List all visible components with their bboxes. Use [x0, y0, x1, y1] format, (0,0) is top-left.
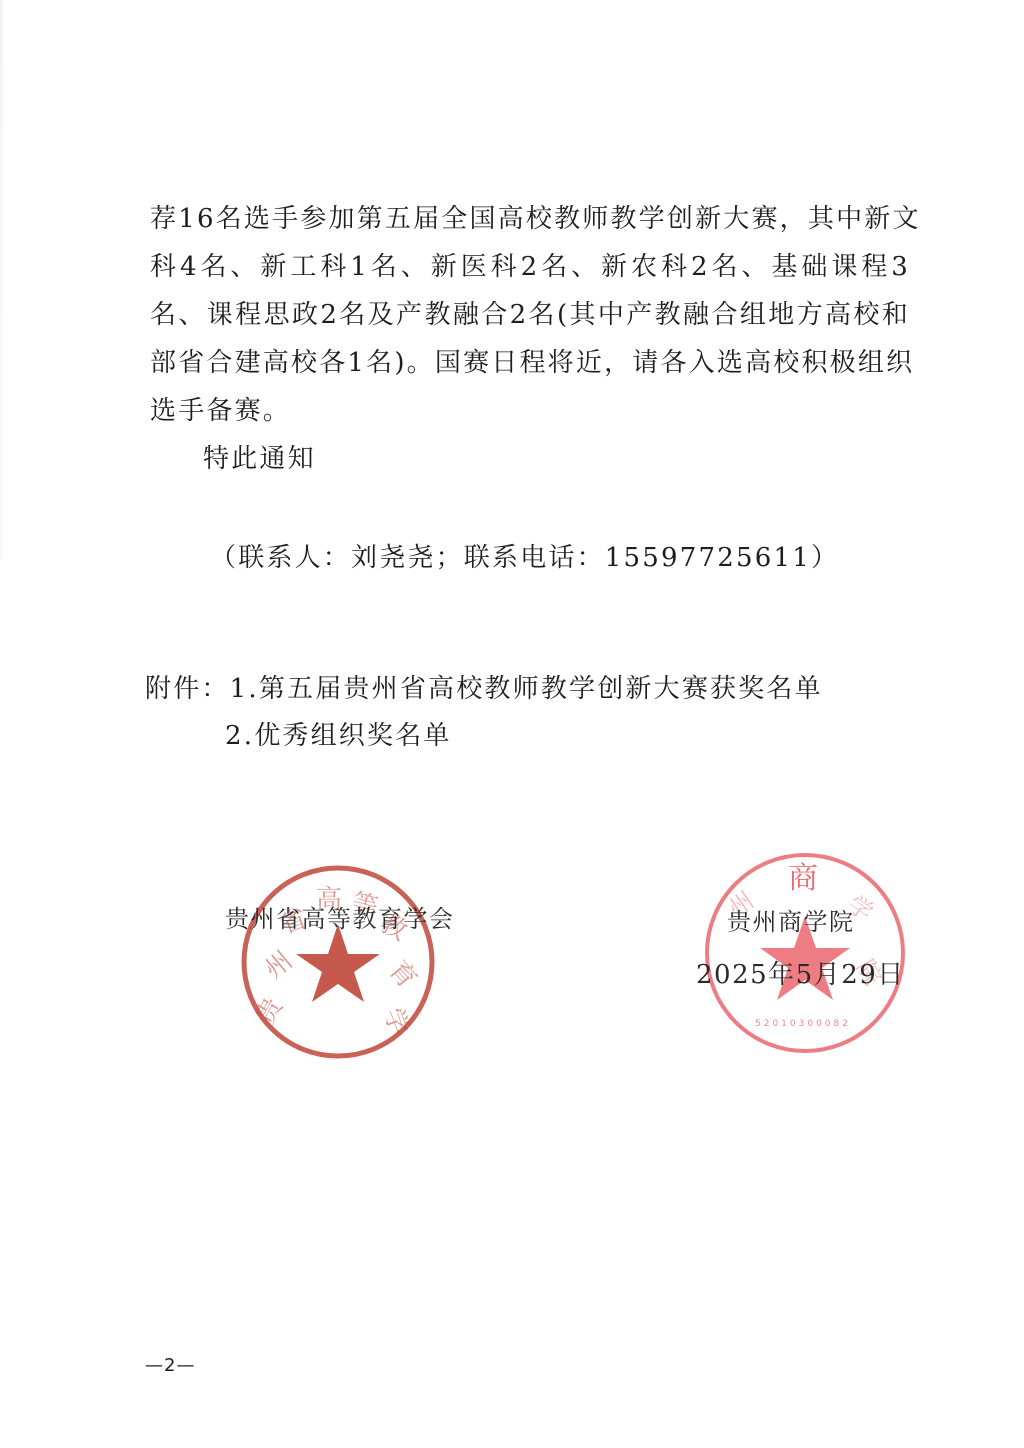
right-official-seal: 商 州 学 院 52010300082 — [700, 848, 910, 1058]
left-official-seal: 贵 州 省 高 等 教 育 学 — [238, 862, 438, 1062]
closing-text: 特此通知 — [203, 446, 316, 472]
page-number: —2— — [145, 1355, 195, 1376]
svg-text:贵: 贵 — [250, 991, 290, 1030]
paragraph-line-3: 名、课程思政2名及产教融合2名(其中产教融合组地方高校和 — [150, 302, 910, 328]
paragraph-line-1: 荐16名选手参加第五届全国高校教师教学创新大赛，其中新文 — [150, 206, 910, 232]
attachments-label: 附件：1.第五届贵州省高校教师教学创新大赛获奖名单 — [145, 676, 823, 702]
seal-star-icon: 贵 州 省 高 等 教 育 学 — [238, 862, 438, 1062]
svg-text:育: 育 — [383, 955, 423, 994]
right-signature-org: 贵州商学院 — [727, 910, 855, 934]
svg-text:商: 商 — [788, 861, 818, 896]
svg-text:州: 州 — [259, 946, 298, 986]
scan-edge — [0, 0, 3, 560]
paragraph-line-4: 部省合建高校各1名)。国赛日程将近，请各入选高校积极组织 — [150, 350, 910, 376]
contact-info: （联系人：刘尧尧；联系电话：15597725611） — [210, 545, 839, 571]
paragraph-line-2: 科4名、新工科1名、新医科2名、新农科2名、基础课程3 — [150, 254, 910, 280]
left-signature-org: 贵州省高等教育学会 — [225, 907, 455, 931]
signature-date: 2025年5月29日 — [696, 962, 905, 988]
svg-text:52010300082: 52010300082 — [755, 1019, 851, 1029]
seal-star-icon: 商 州 学 院 52010300082 — [700, 848, 910, 1058]
svg-text:学: 学 — [377, 1004, 414, 1039]
attachment-item-2: 2.优秀组织奖名单 — [225, 723, 452, 749]
attachment-item-1: 1.第五届贵州省高校教师教学创新大赛获奖名单 — [230, 674, 823, 704]
paragraph-line-5: 选手备赛。 — [150, 398, 291, 424]
attachments-label-text: 附件： — [145, 674, 230, 704]
